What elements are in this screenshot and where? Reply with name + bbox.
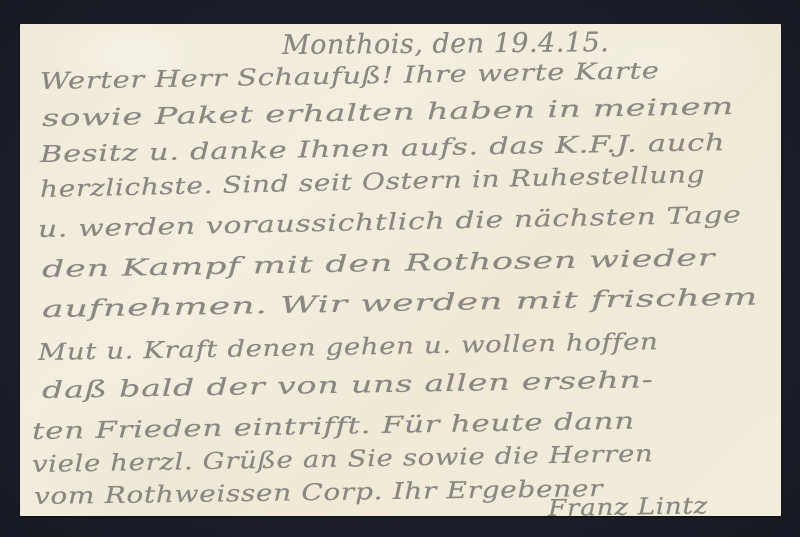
handwritten-line: viele herzl. Grüße an Sie sowie die Herr… xyxy=(32,441,654,478)
handwritten-line: Werter Herr Schaufuß! Ihre werte Karte xyxy=(40,58,660,95)
handwritten-line: aufnehmen. Wir werden mit frischem xyxy=(42,285,759,323)
handwritten-line: daß bald der von uns allen ersehn- xyxy=(42,367,654,404)
handwritten-line: ten Frieden eintrifft. Für heute dann xyxy=(32,408,635,445)
handwritten-line: herzlichste. Sind seit Ostern in Ruheste… xyxy=(40,162,706,203)
signature: Franz Lintz xyxy=(548,493,709,516)
postcard: Monthois, den 19.4.15. Werter Herr Schau… xyxy=(20,24,781,516)
handwritten-line: sowie Paket erhalten haben in meinem xyxy=(42,94,734,132)
handwritten-line: u. werden voraussichtlich die nächsten T… xyxy=(38,202,742,243)
handwritten-line: Besitz u. danke Ihnen aufs. das K.F.J. a… xyxy=(40,130,726,168)
handwritten-line: Mut u. Kraft denen gehen u. wollen hoffe… xyxy=(38,329,659,366)
handwritten-line: den Kampf mit den Rothosen wieder xyxy=(42,245,716,283)
handwritten-line: vom Rothweissen Corp. Ihr Ergebener xyxy=(34,476,603,510)
dateline: Monthois, den 19.4.15. xyxy=(282,27,610,61)
